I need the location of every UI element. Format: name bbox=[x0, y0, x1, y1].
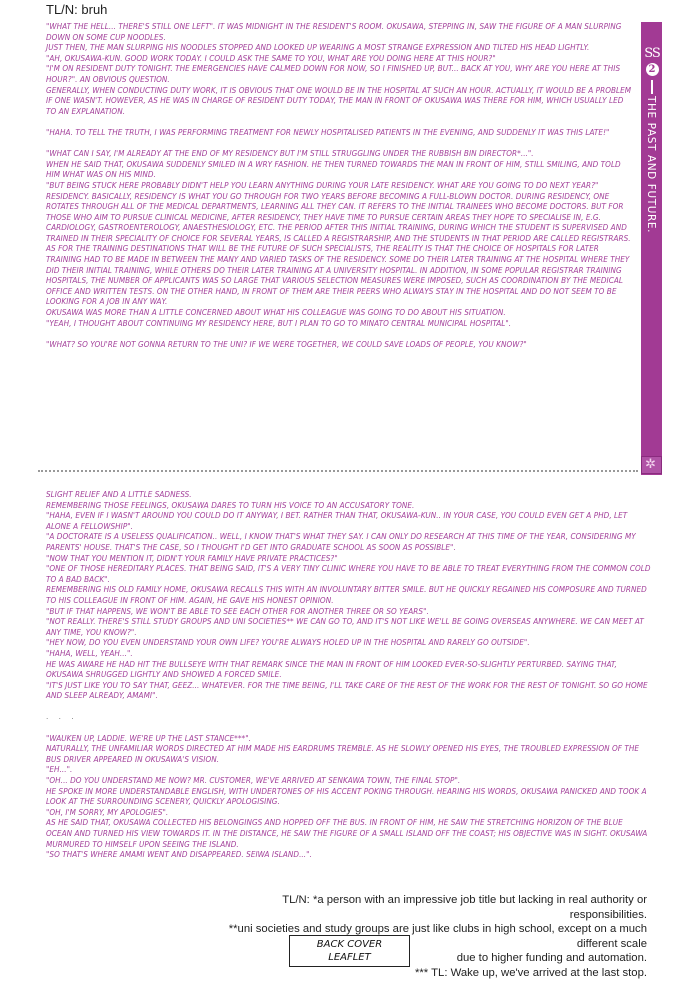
paragraph: Naturally, the unfamiliar words directed… bbox=[46, 743, 651, 764]
chapter-label: SS 2 THE PAST AND FUTURE. bbox=[643, 45, 661, 233]
paragraph: As he said that, Okusawa collected his b… bbox=[46, 817, 651, 849]
paragraph-gap bbox=[46, 328, 632, 339]
paragraph: "Hey now, do you even understand your ow… bbox=[46, 637, 651, 648]
paragraph: Okusawa was more than a little concerned… bbox=[46, 307, 632, 318]
paragraph: Residency. Basically, residency is what … bbox=[46, 191, 632, 308]
paragraph: "A doctorate is a useless qualification.… bbox=[46, 531, 651, 552]
paragraph-gap bbox=[46, 701, 651, 712]
paragraph: He was aware he had hit the bullseye wit… bbox=[46, 659, 651, 680]
story-bottom-section: Slight relief and a little sadness. Reme… bbox=[46, 489, 651, 860]
paragraph: "Haha, well, yeah...". bbox=[46, 648, 651, 659]
paragraph: "Wauken up, laddie. We're up the last st… bbox=[46, 733, 651, 744]
leaflet-line-1: BACK COVER bbox=[290, 938, 409, 951]
paragraph: "Eh...". bbox=[46, 764, 651, 775]
paragraph: "Now that you mention it, didn't your fa… bbox=[46, 553, 651, 564]
tl-note: TL/N: bruh bbox=[46, 2, 107, 17]
paragraph: Slight relief and a little sadness. bbox=[46, 489, 651, 500]
paragraph: "I'm on resident duty tonight. The emerg… bbox=[46, 63, 632, 84]
paragraph: "What the hell... there's still one left… bbox=[46, 21, 632, 42]
paragraph: Remembering his old family home, Okusawa… bbox=[46, 584, 651, 605]
chapter-number-badge: 2 bbox=[646, 63, 659, 76]
divider bbox=[651, 80, 653, 94]
paragraph: "Haha, even if I wasn't around you could… bbox=[46, 510, 651, 531]
paragraph: Generally, when conducting duty work, it… bbox=[46, 85, 632, 117]
paragraph: "But being stuck here probably didn't he… bbox=[46, 180, 632, 191]
paragraph: "Haha. To tell the truth, I was performi… bbox=[46, 127, 632, 138]
story-top-section: "What the hell... there's still one left… bbox=[46, 21, 632, 349]
paragraph-gap bbox=[46, 116, 632, 127]
paragraph: Remembering those feelings, Okusawa dare… bbox=[46, 500, 651, 511]
footnote: *** TL: Wake up, we've arrived at the la… bbox=[227, 966, 647, 981]
paragraph: "But if that happens, we won't be able t… bbox=[46, 606, 651, 617]
paragraph: "Yeah, I thought about continuing my res… bbox=[46, 318, 632, 329]
paragraph: "Not really. There's still study groups … bbox=[46, 616, 651, 637]
paragraph: "Oh, I'm sorry, my apologies". bbox=[46, 807, 651, 818]
paragraph: "Oh... Do you understand me now? Mr. Cus… bbox=[46, 775, 651, 786]
paragraph: He spoke in more understandable English,… bbox=[46, 786, 651, 807]
paragraph: "What can I say, I'm already at the end … bbox=[46, 148, 632, 159]
footnote: TL/N: *a person with an impressive job t… bbox=[227, 893, 647, 922]
paragraph: Just then, the man slurping his noodles … bbox=[46, 42, 632, 53]
paragraph-gap bbox=[46, 722, 651, 733]
scene-break: . . . bbox=[46, 711, 651, 722]
paragraph: "Ah, Okusawa-kun. Good work today. I cou… bbox=[46, 53, 632, 64]
paragraph: "So that's where Amami went and disappea… bbox=[46, 849, 651, 860]
section-divider bbox=[38, 470, 638, 472]
chapter-prefix: SS bbox=[643, 45, 661, 62]
ornament-bottom-icon bbox=[641, 456, 662, 474]
paragraph: When he said that, Okusawa suddenly smil… bbox=[46, 159, 632, 180]
chapter-title: THE PAST AND FUTURE. bbox=[645, 96, 657, 233]
leaflet-line-2: LEAFLET bbox=[290, 951, 409, 964]
paragraph: "One of those hereditary places. That be… bbox=[46, 563, 651, 584]
paragraph: "It's just like you to say that, geez...… bbox=[46, 680, 651, 701]
paragraph: "What? So you're not gonna return to the… bbox=[46, 339, 632, 350]
back-cover-leaflet-box: BACK COVER LEAFLET bbox=[289, 935, 410, 967]
paragraph-gap bbox=[46, 138, 632, 149]
